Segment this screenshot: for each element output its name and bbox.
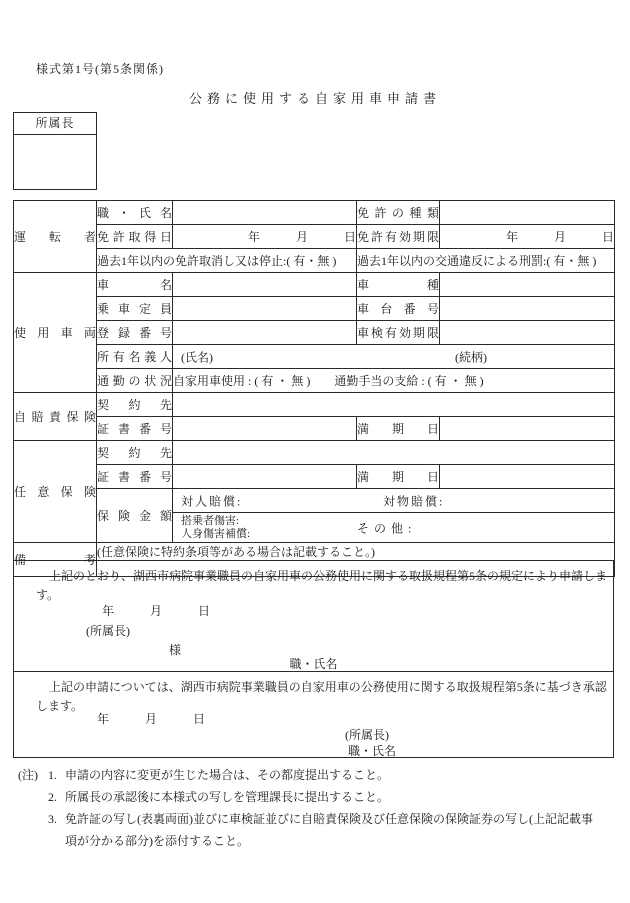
owner-name-hint: (氏名) [181,348,213,365]
license-expiry-label: 免許有効期限 [357,225,440,249]
license-type-value [440,201,615,225]
mandatory-cert-value [173,417,357,441]
note-item-1: (注) 1. 申請の内容に変更が生じた場合は、その都度提出すること。 [0,764,630,786]
license-date-label: 免許取得日 [97,225,173,249]
voluntary-contract-label: 契約先 [97,441,173,465]
section-driver-label: 運転者 [14,201,97,273]
car-type-label: 車種 [357,273,440,297]
owner-relation-hint: (続柄) [455,348,487,365]
driver-name-label: 職・氏名 [97,201,173,225]
bodily-liability-label: 対人賠償: [181,492,242,509]
driver-name-value [173,201,357,225]
stamp-box-label: 所属長 [14,113,96,135]
passenger-injury-label: 搭乗者傷害: [181,515,250,528]
note-number: 1. [48,764,57,786]
chassis-number-value [440,297,615,321]
voluntary-contract-value [173,441,615,465]
section-mandatory-insurance-label: 自賠責保険 [14,393,97,441]
traffic-violation-field: 過去1年以内の交通違反による刑罰:( 有・無 ) [357,249,615,273]
voluntary-expiry-label: 満期日 [357,465,440,489]
registration-number-label: 登録番号 [97,321,173,345]
note-text: 所属長の承認後に本様式の写しを管理課長に提出すること。 [65,786,602,808]
injury-coverage-row: 搭乗者傷害: 人身傷害補償: その他: [173,513,615,543]
approval-date-line: 年 月 日 [97,710,205,727]
supervisor-stamp-box: 所属長 [13,112,97,190]
voluntary-expiry-value [440,465,615,489]
commute-status-value: 自家用車使用 : ( 有 ・ 無 ) 通勤手当の支給 : ( 有 ・ 無 ) [173,369,615,393]
registration-number-value [173,321,357,345]
voluntary-cert-value [173,465,357,489]
owner-label: 所有名義人 [97,345,173,369]
license-date-value: 年 月 日 [173,225,357,249]
application-form-page: 様式第1号(第5条関係) 公務に使用する自家用車申請書 所属長 運転者 職・氏名… [0,0,630,903]
approval-approver-label: (所属長) [345,726,389,743]
license-expiry-value: 年 月 日 [440,225,615,249]
car-name-value [173,273,357,297]
form-number: 様式第1号(第5条関係) [36,60,164,77]
note-text: 免許証の写し(表裏両面)並びに車検証並びに自賠責保険及び任意保険の保険証券の写し… [65,808,602,852]
inspection-expiry-label: 車検有効期限 [357,321,440,345]
application-addressee: (所属長) [86,622,130,639]
insurance-amount-label: 保険金額 [97,489,173,543]
application-signer-label: 職・氏名 [14,655,613,672]
license-revocation-field: 過去1年以内の免許取消し又は停止:( 有・無 ) [97,249,357,273]
note-text: 申請の内容に変更が生じた場合は、その都度提出すること。 [65,764,602,786]
notes-section: (注) 1. 申請の内容に変更が生じた場合は、その都度提出すること。 2. 所属… [0,764,630,852]
note-number: 2. [48,786,57,808]
section-voluntary-insurance-label: 任意保険 [14,441,97,543]
page-title: 公務に使用する自家用車申請書 [0,88,630,107]
voluntary-cert-label: 証書番号 [97,465,173,489]
inspection-expiry-value [440,321,615,345]
liability-coverage-row: 対人賠償: 対物賠償: [173,489,615,513]
mandatory-cert-label: 証書番号 [97,417,173,441]
note-marker: (注) [18,764,38,786]
mandatory-contract-label: 契約先 [97,393,173,417]
approval-section: 上記の申請については、湖西市病院事業職員の自家用車の公務使用に関する取扱規程第5… [13,671,614,758]
section-vehicle-label: 使用車両 [14,273,97,393]
application-date-line: 年 月 日 [102,602,210,619]
license-type-label: 免許の種類 [357,201,440,225]
other-coverage-label: その他: [357,519,416,536]
car-type-value [440,273,615,297]
approval-signer-label: 職・氏名 [348,742,396,759]
mandatory-expiry-label: 満期日 [357,417,440,441]
injury-labels: 搭乗者傷害: 人身傷害補償: [173,515,250,541]
personal-injury-label: 人身傷害補償: [181,528,250,541]
mandatory-expiry-value [440,417,615,441]
main-form-table: 運転者 職・氏名 免許の種類 免許取得日 年 月 日 免許有効期限 年 月 日 … [13,200,615,577]
application-body-text: 上記のとおり、湖西市病院事業職員の自家用車の公務使用に関する取扱規程第5条の規定… [14,567,613,605]
note-item-3: 3. 免許証の写し(表裏両面)並びに車検証並びに自賠責保険及び任意保険の保険証券… [0,808,630,852]
application-section: 上記のとおり、湖西市病院事業職員の自家用車の公務使用に関する取扱規程第5条の規定… [13,560,614,672]
mandatory-contract-value [173,393,615,417]
note-number: 3. [48,808,57,830]
capacity-label: 乗車定員 [97,297,173,321]
property-liability-label: 対物賠償: [383,492,444,509]
note-item-2: 2. 所属長の承認後に本様式の写しを管理課長に提出すること。 [0,786,630,808]
chassis-number-label: 車台番号 [357,297,440,321]
owner-value: (氏名) (続柄) [173,345,615,369]
commute-status-label: 通勤の状況 [97,369,173,393]
car-name-label: 車名 [97,273,173,297]
capacity-value [173,297,357,321]
